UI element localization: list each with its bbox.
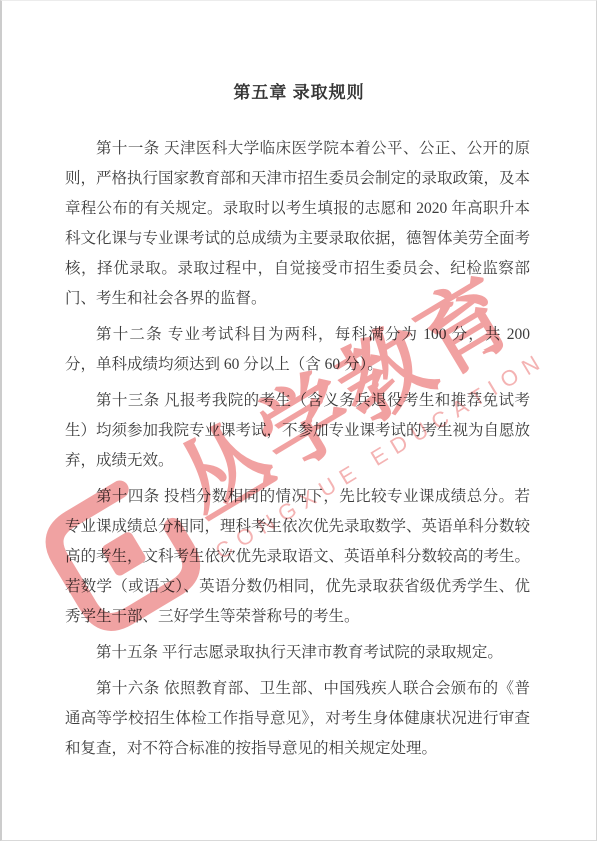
article-12: 第十二条 专业考试科目为两科，每科满分为 100 分，共 200 分，单科成绩均… [65,320,530,380]
article-16: 第十六条 依照教育部、卫生部、中国残疾人联合会颁布的《普通高等学校招生体检工作指… [65,674,530,764]
article-13: 第十三条 凡报考我院的考生（含义务兵退役考生和推荐免试考生）均须参加我院专业课考… [65,386,530,476]
article-15: 第十五条 平行志愿录取执行天津市教育考试院的录取规定。 [65,638,530,668]
page-title: 第五章 录取规则 [2,1,596,103]
article-14: 第十四条 投档分数相同的情况下，先比较专业课成绩总分。若专业课成绩总分相同，理科… [65,482,530,632]
article-11: 第十一条 天津医科大学临床医学院本着公平、公正、公开的原则，严格执行国家教育部和… [65,134,530,314]
document-page: 第五章 录取规则 第十一条 天津医科大学临床医学院本着公平、公正、公开的原则，严… [0,0,597,841]
